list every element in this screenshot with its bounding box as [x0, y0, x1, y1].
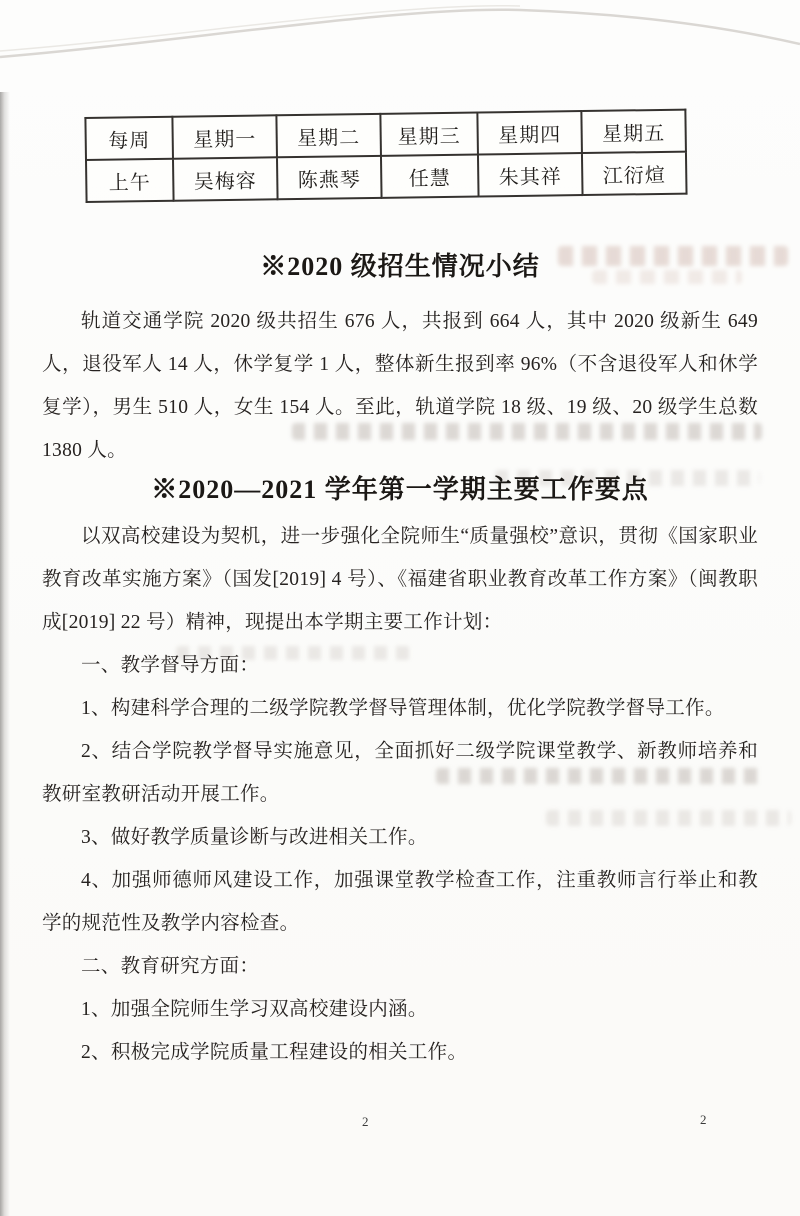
table-row: 上午 吴梅容 陈燕琴 任慧 朱其祥 江衍煊: [86, 152, 687, 202]
table-cell: 江衍煊: [582, 152, 687, 195]
document-body: 每周 星期一 星期二 星期三 星期四 星期五 上午 吴梅容 陈燕琴 任慧 朱其祥…: [42, 117, 758, 1074]
paragraph-part1-item3: 3、做好教学质量诊断与改进相关工作。: [42, 816, 758, 859]
paragraph-part1-title: 一、教学督导方面：: [42, 644, 758, 687]
paragraph-part2-title: 二、教育研究方面：: [42, 945, 758, 988]
paragraph-part1-item4: 4、加强师德师风建设工作，加强课堂教学检查工作，注重教师言行举止和教学的规范性及…: [42, 859, 758, 945]
paragraph-part2-item2: 2、积极完成学院质量工程建设的相关工作。: [42, 1031, 758, 1074]
table-header-cell: 星期一: [172, 115, 277, 158]
paragraph-part2-item1: 1、加强全院师生学习双高校建设内涵。: [42, 988, 758, 1031]
table-cell: 陈燕琴: [277, 156, 382, 199]
paragraph-part1-item2: 2、结合学院教学督导实施意见，全面抓好二级学院课堂教学、新教师培养和教研室教研活…: [42, 730, 758, 816]
paragraph-part1-item1: 1、构建科学合理的二级学院教学督导管理体制，优化学院教学督导工作。: [42, 687, 758, 730]
page-number: 2: [700, 1112, 707, 1128]
page-number: 2: [362, 1114, 369, 1130]
document-page: 每周 星期一 星期二 星期三 星期四 星期五 上午 吴梅容 陈燕琴 任慧 朱其祥…: [0, 0, 800, 1216]
scan-crease-line: [0, 0, 800, 70]
section-heading-enrollment-summary: ※2020 级招生情况小结: [42, 245, 758, 288]
table-header-cell: 星期四: [477, 111, 582, 154]
duty-schedule-table: 每周 星期一 星期二 星期三 星期四 星期五 上午 吴梅容 陈燕琴 任慧 朱其祥…: [84, 109, 687, 203]
table-cell: 吴梅容: [173, 157, 278, 200]
table-header-cell: 星期三: [380, 113, 478, 156]
table-header-cell: 星期五: [581, 110, 686, 153]
table-cell: 任慧: [381, 155, 479, 198]
table-cell: 上午: [86, 159, 174, 202]
table-cell: 朱其祥: [478, 153, 583, 196]
paragraph-enrollment-summary: 轨道交通学院 2020 级共招生 676 人，共报到 664 人，其中 2020…: [42, 300, 758, 472]
table-header-cell: 每周: [85, 117, 173, 160]
paragraph-workplan-intro: 以双高校建设为契机，进一步强化全院师生“质量强校”意识，贯彻《国家职业教育改革实…: [42, 515, 758, 644]
table-header-cell: 星期二: [276, 114, 381, 157]
scan-left-shadow: [0, 92, 10, 1216]
section-heading-semester-workplan: ※2020—2021 学年第一学期主要工作要点: [42, 468, 758, 511]
